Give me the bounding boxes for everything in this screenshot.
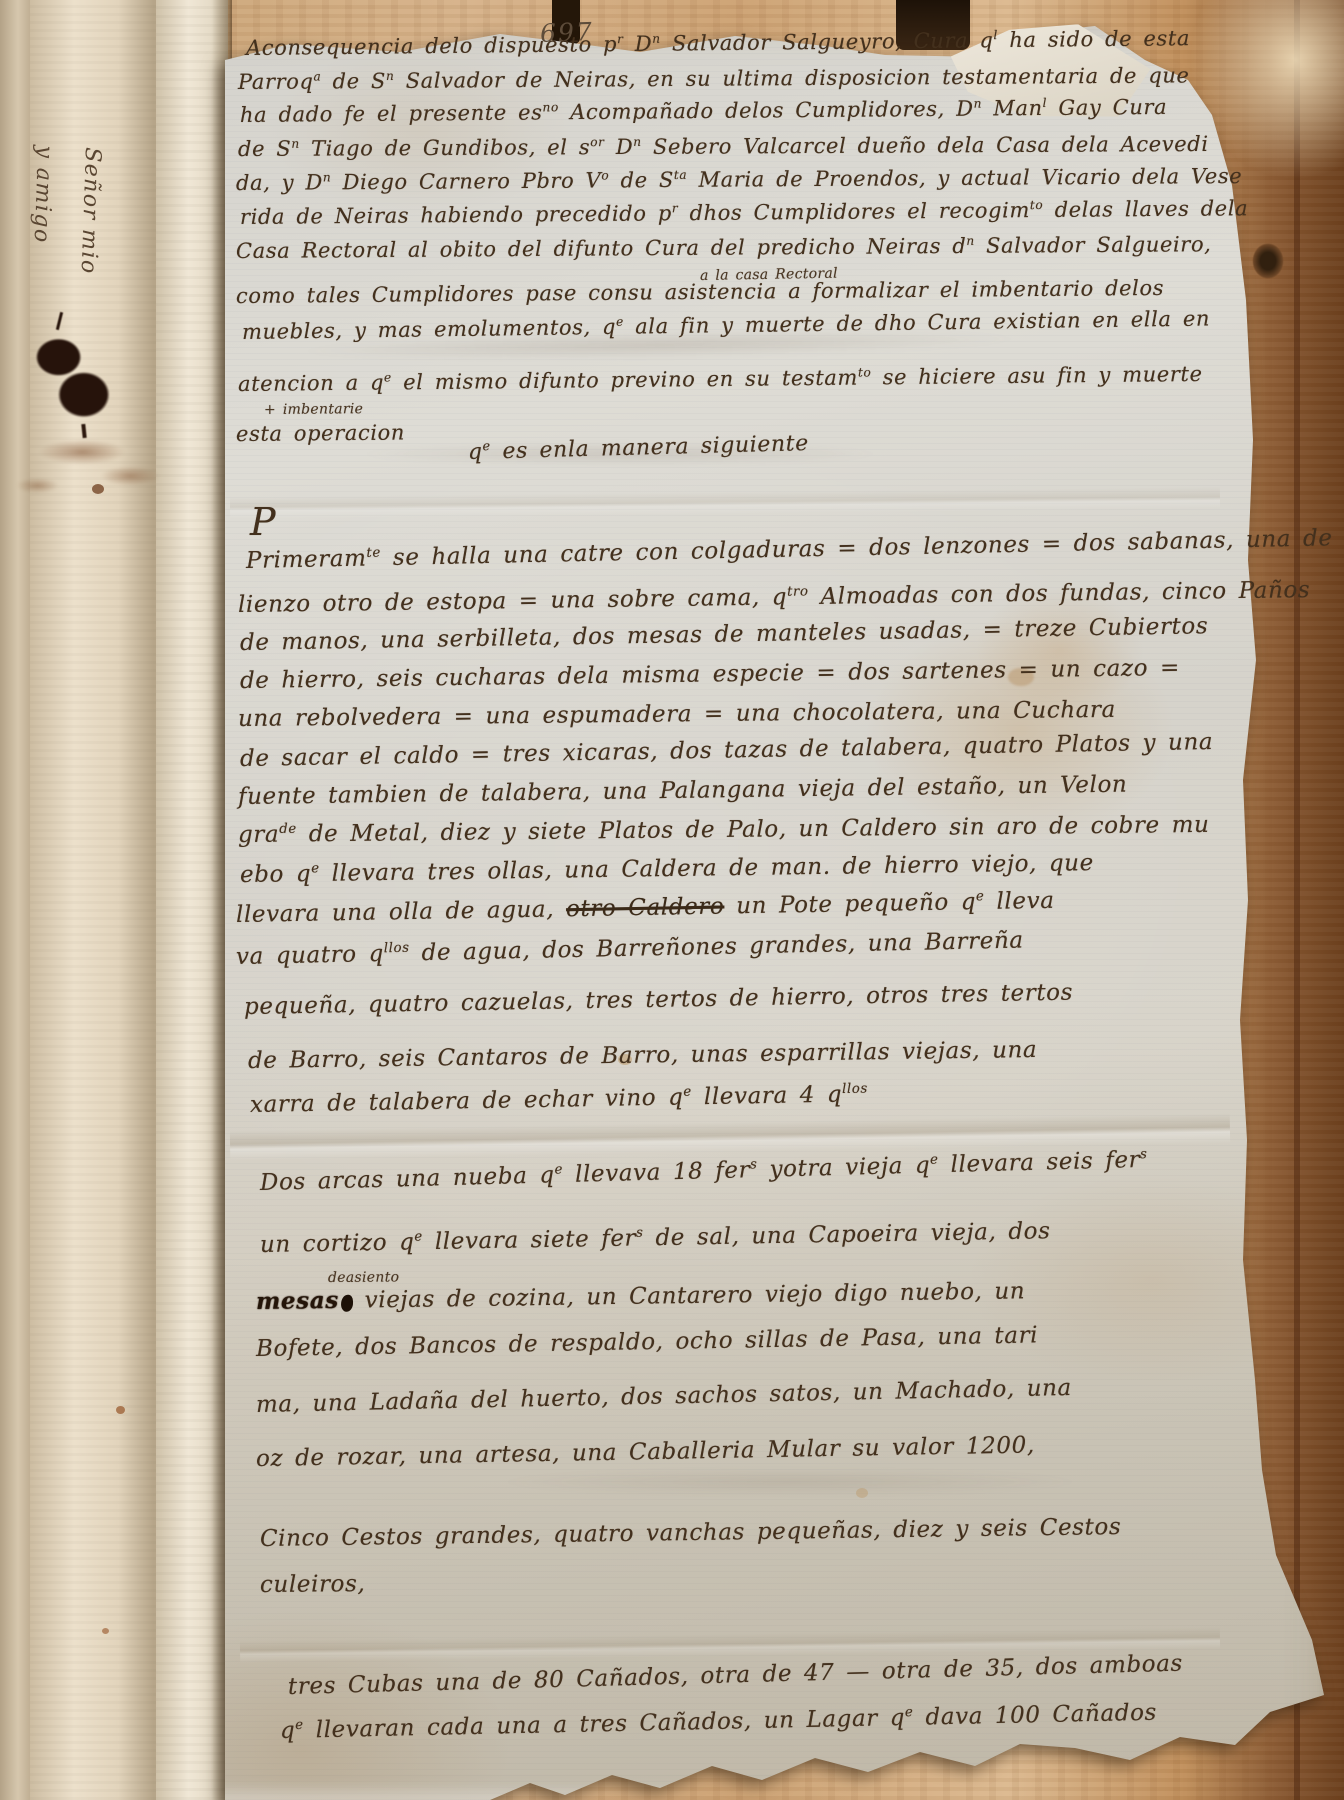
manuscript-line: xarra de talabera de echar vino qe lleva… [250, 1081, 868, 1118]
manuscript-line: muebles, y mas emolumentos, qe ala fin y… [242, 306, 1210, 344]
manuscript-line: atencion a qe el mismo difunto previno e… [238, 362, 1203, 396]
manuscript-line: Parroqa de Sn Salvador de Neiras, en su … [238, 63, 1190, 94]
manuscript-line: esta operacion [236, 421, 405, 446]
manuscript-text: Aconsequencia delo dispuesto pr Dn Salva… [0, 0, 1344, 1800]
manuscript-line: de manos, una serbilleta, dos mesas de m… [240, 613, 1209, 656]
manuscript-line: da, y Dn Diego Carnero Pbro Vo de Sta Ma… [236, 164, 1242, 195]
manuscript-line: de Sn Tiago de Gundibos, el sor Dn Seber… [238, 132, 1209, 161]
manuscript-line: fuente tambien de talabera, una Palangan… [238, 772, 1128, 810]
manuscript-line: P [250, 500, 276, 544]
manuscript-line: un cortizo qe llevara siete fers de sal,… [260, 1218, 1051, 1258]
manuscript-line: Aconsequencia delo dispuesto pr Dn Salva… [246, 26, 1190, 60]
manuscript-line: oz de rozar, una artesa, una Caballeria … [256, 1432, 1035, 1472]
manuscript-line: culeiros, [260, 1571, 366, 1598]
manuscript-line: Primeramte se halla una catre con colgad… [246, 525, 1333, 574]
manuscript-line: Dos arcas una nueba qe llevava 18 fers y… [260, 1147, 1148, 1196]
manuscript-line: de sacar el caldo = tres xicaras, dos ta… [240, 729, 1214, 772]
manuscript-line: tres Cubas una de 80 Cañados, otra de 47… [288, 1651, 1184, 1700]
manuscript-line: pequeña, quatro cazuelas, tres tertos de… [244, 980, 1073, 1020]
manuscript-line: va quatro qllos de agua, dos Barreñones … [236, 928, 1024, 970]
manuscript-line: de Barro, seis Cantaros de Barro, unas e… [248, 1037, 1038, 1074]
manuscript-line: ebo qe llevara tres ollas, una Caldera d… [240, 850, 1094, 888]
manuscript-line: lienzo otro de estopa = una sobre cama, … [238, 577, 1311, 618]
manuscript-line: de hierro, seis cucharas dela misma espe… [240, 655, 1180, 694]
manuscript-line: como tales Cumplidores pase consu asiste… [236, 276, 1164, 308]
manuscript-line: ma, una Ladaña del huerto, dos sachos sa… [256, 1375, 1072, 1418]
manuscript-line: + imbentarie [264, 401, 363, 418]
manuscript-line: Casa Rectoral al obito del difunto Cura … [236, 232, 1212, 263]
manuscript-line: qe es enla manera siguiente [468, 431, 809, 465]
manuscript-line: grade de Metal, diez y siete Platos de P… [238, 812, 1210, 848]
manuscript-line: rida de Neiras habiendo precedido pr dho… [240, 196, 1248, 229]
manuscript-line: Bofete, dos Bancos de respaldo, ocho sil… [256, 1322, 1039, 1362]
manuscript-line: qe llevaran cada una a tres Cañados, un … [280, 1700, 1157, 1744]
manuscript-line: ha dado fe el presente esno Acompañado d… [240, 95, 1167, 127]
manuscript-line: llevara una olla de agua, otro Caldero u… [236, 888, 1055, 928]
manuscript-line: una rebolvedera = una espumadera = una c… [238, 697, 1116, 732]
manuscript-line: deasiento [328, 1269, 399, 1286]
manuscript-line: Cinco Cestos grandes, quatro vanchas peq… [260, 1514, 1122, 1552]
